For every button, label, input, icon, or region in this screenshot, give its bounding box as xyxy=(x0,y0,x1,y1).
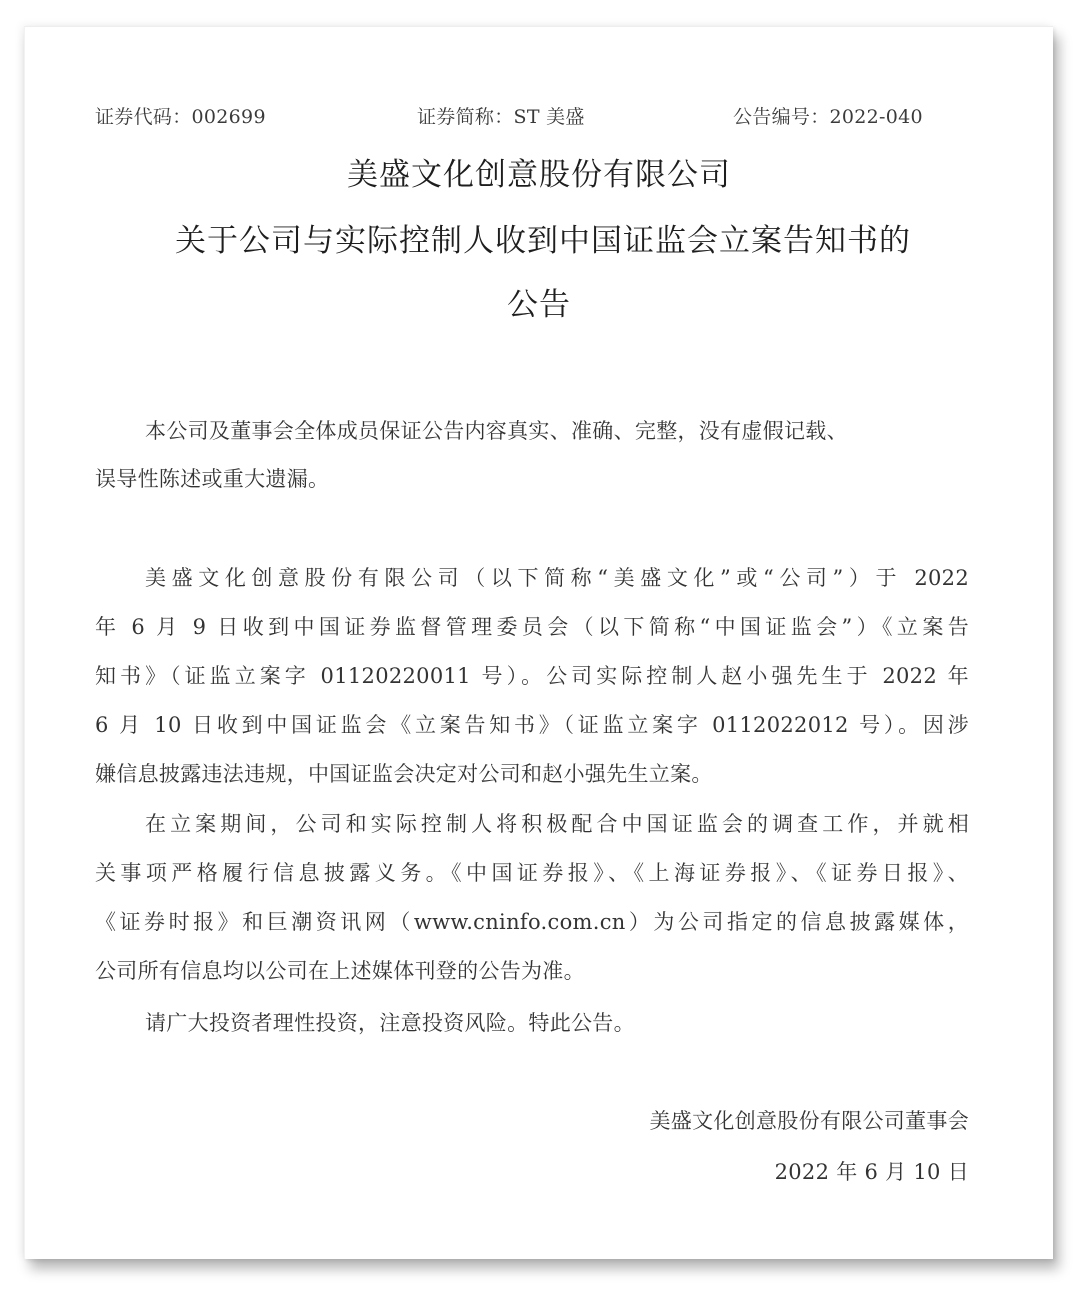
stock-abbreviation: 证券简称：ST 美盛 xyxy=(417,103,585,131)
signature-issuer: 美盛文化创意股份有限公司董事会 xyxy=(650,1107,970,1135)
title-company: 美盛文化创意股份有限公司 xyxy=(25,155,1053,195)
announcement-page: 证券代码：002699 证券简称：ST 美盛 公告编号：2022-040 美盛文… xyxy=(24,26,1053,1259)
paragraph2-line-4: 公司所有信息均以公司在上述媒体刊登的公告为准。 xyxy=(95,957,585,985)
statement-line-2: 误导性陈述或重大遗漏。 xyxy=(95,465,329,493)
paragraph1-line-2: 年 6 月 9 日收到中国证券监督管理委员会（以下简称“中国证监会”）《立案告 xyxy=(95,613,969,641)
paragraph2-line-2: 关事项严格履行信息披露义务。《中国证券报》、《上海证券报》、《证券日报》、 xyxy=(95,859,969,887)
paragraph1-line-5: 嫌信息披露违法违规，中国证监会决定对公司和赵小强先生立案。 xyxy=(95,760,713,788)
paragraph1-line-3: 知书》（证监立案字 01120220011 号）。公司实际控制人赵小强先生于 2… xyxy=(95,662,969,690)
paragraph3-line-1: 请广大投资者理性投资，注意投资风险。特此公告。 xyxy=(145,1009,635,1037)
announcement-number: 公告编号：2022-040 xyxy=(733,103,923,131)
paragraph1-line-1: 美盛文化创意股份有限公司（以下简称“美盛文化”或“公司”）于 2022 xyxy=(145,564,969,592)
stock-code: 证券代码：002699 xyxy=(95,103,266,131)
paragraph1-line-4: 6 月 10 日收到中国证监会《立案告知书》（证监立案字 0112022012 … xyxy=(95,711,969,739)
title-subject: 关于公司与实际控制人收到中国证监会立案告知书的 xyxy=(175,221,911,261)
title-suffix: 公告 xyxy=(25,285,1053,325)
statement-line-1: 本公司及董事会全体成员保证公告内容真实、准确、完整，没有虚假记载、 xyxy=(145,417,848,445)
paragraph2-line-1: 在立案期间，公司和实际控制人将积极配合中国证监会的调查工作，并就相 xyxy=(145,810,969,838)
signature-date: 2022 年 6 月 10 日 xyxy=(775,1158,969,1186)
paragraph2-line-3: 《证券时报》和巨潮资讯网（www.cninfo.com.cn）为公司指定的信息披… xyxy=(95,908,969,936)
